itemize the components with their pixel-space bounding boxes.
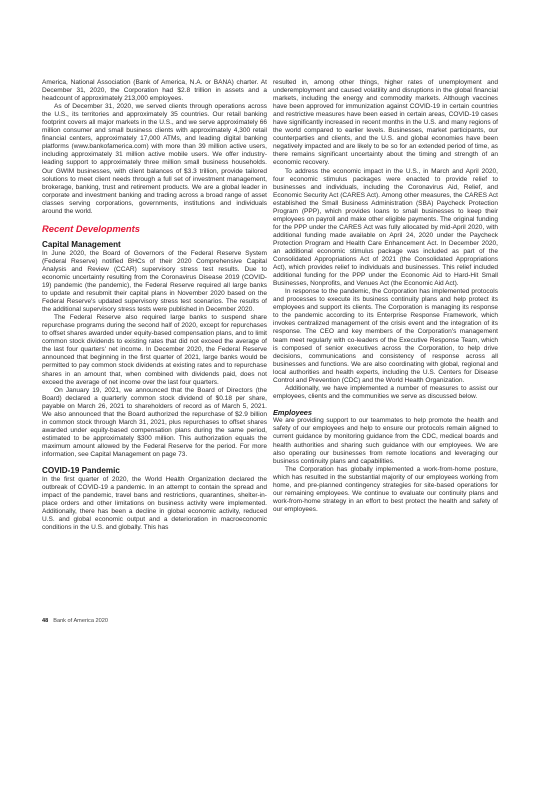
paragraph-economic-impact: resulted in, among other things, higher …	[273, 79, 498, 168]
section-heading-recent-developments: Recent Developments	[42, 223, 267, 234]
paragraph-covid-outbreak: In the first quarter of 2020, the World …	[42, 476, 267, 532]
publication-title: Bank of America 2020	[53, 618, 108, 624]
right-column: resulted in, among other things, higher …	[273, 79, 498, 514]
paragraph-ccar-results: In June 2020, the Board of Governors of …	[42, 250, 267, 314]
document-page: America, National Association (Bank of A…	[0, 0, 553, 800]
paragraph-dividend-announcement: On January 19, 2021, we announced that t…	[42, 387, 267, 459]
subheading-employees: Employees	[273, 408, 498, 417]
subheading-capital-management: Capital Management	[42, 240, 267, 250]
paragraph-measures-intro: Additionally, we have implemented a numb…	[273, 385, 498, 401]
paragraph-repurchase-restrictions: The Federal Reserve also required large …	[42, 314, 267, 386]
paragraph-stimulus-packages: To address the economic impact in the U.…	[273, 168, 498, 289]
paragraph-employee-support: We are providing support to our teammate…	[273, 417, 498, 465]
paragraph-client-operations: As of December 31, 2020, we served clien…	[42, 103, 267, 216]
subheading-covid-pandemic: COVID-19 Pandemic	[42, 466, 267, 476]
page-number: 48	[42, 618, 48, 624]
paragraph-work-from-home: The Corporation has globally implemented…	[273, 466, 498, 514]
paragraph-response-framework: In response to the pandemic, the Corpora…	[273, 288, 498, 385]
left-column: America, National Association (Bank of A…	[42, 79, 267, 532]
page-footer: 48Bank of America 2020	[42, 617, 108, 625]
paragraph-bana-charter: America, National Association (Bank of A…	[42, 79, 267, 103]
